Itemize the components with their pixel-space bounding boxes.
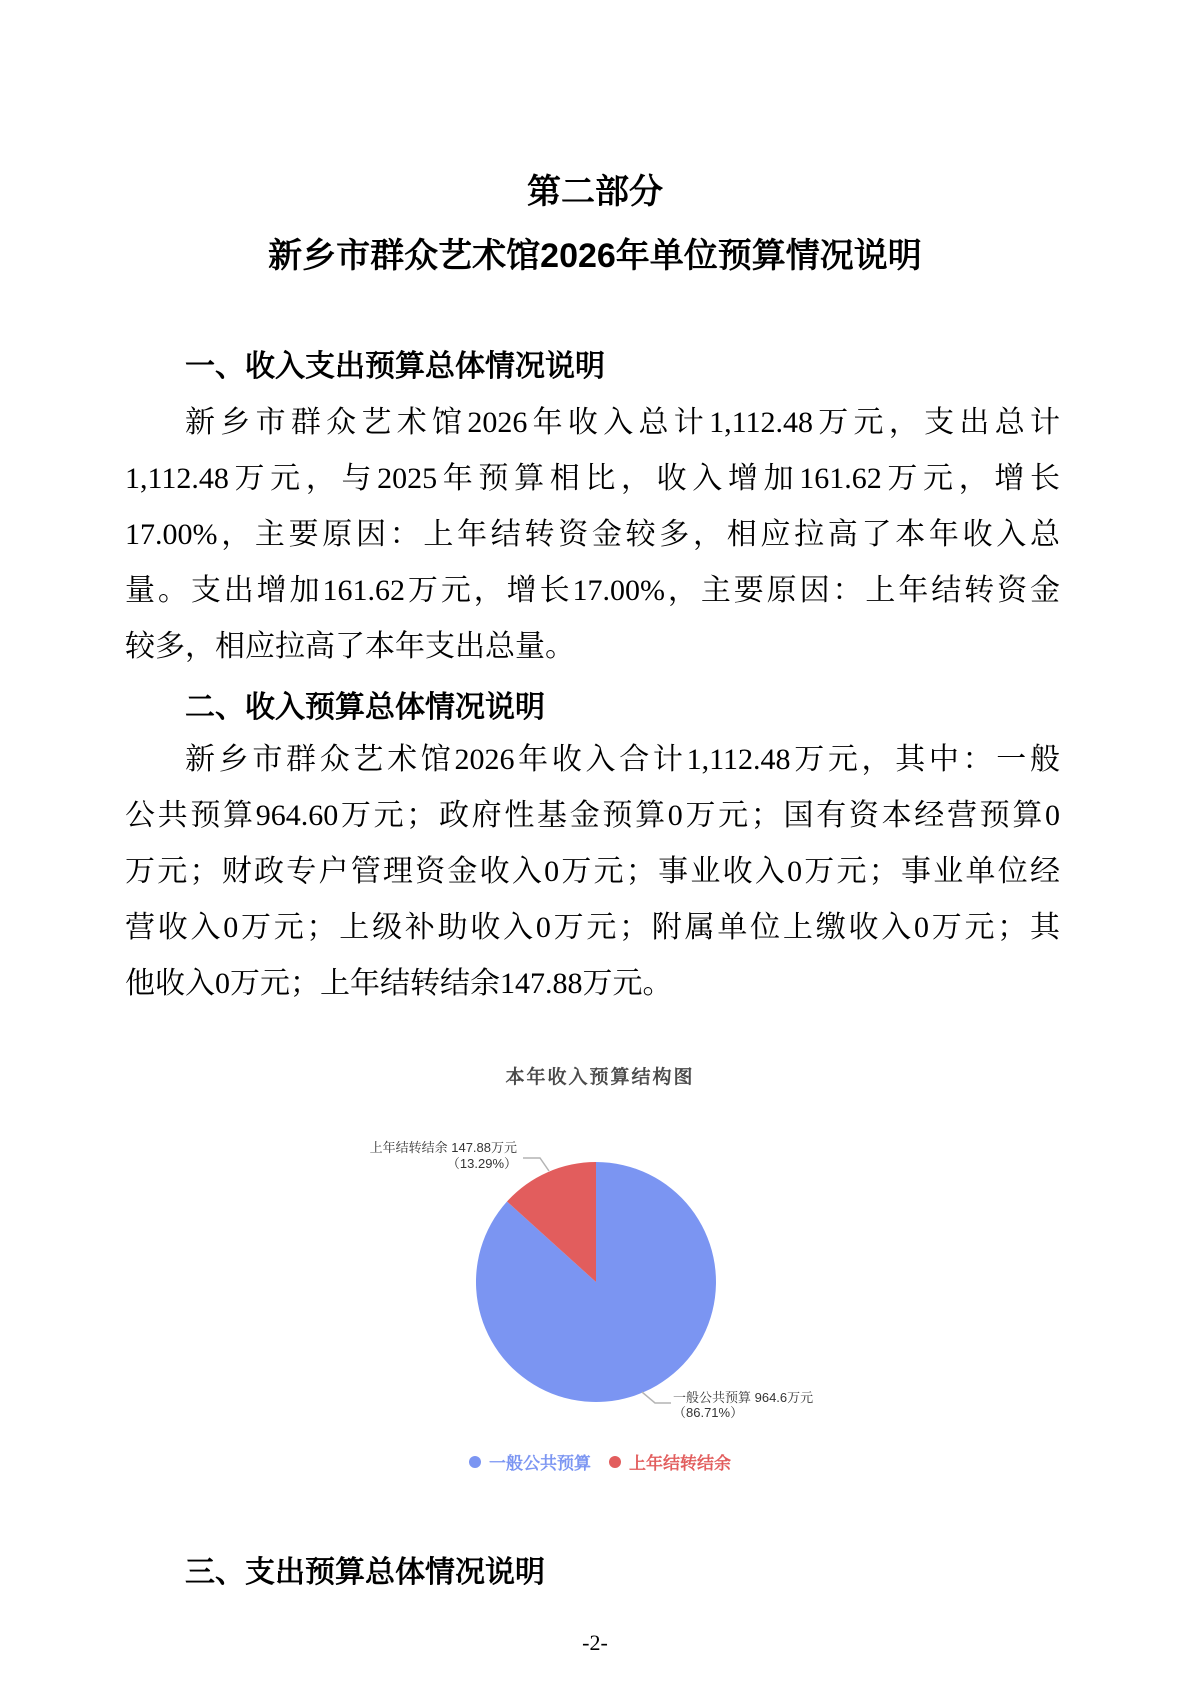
legend-label-carryover: 上年结转结余 xyxy=(629,1449,731,1474)
paragraph-line: 公共预算964.60万元；政府性基金预算0万元；国有资本经营预算0 xyxy=(125,788,1060,844)
label-leader-line-top xyxy=(523,1158,549,1171)
legend-label-general-budget: 一般公共预算 xyxy=(489,1449,591,1474)
document-subtitle: 新乡市群众艺术馆2026年单位预算情况说明 xyxy=(0,236,1190,276)
paragraph-line: 万元；财政专户管理资金收入0万元；事业收入0万元；事业单位经 xyxy=(125,844,1060,900)
pie-label-carryover-percent: （13.29%） xyxy=(370,1156,517,1172)
paragraph-line: 营收入0万元；上级补助收入0万元；附属单位上缴收入0万元；其 xyxy=(125,900,1060,956)
paragraph-line: 1,112.48万元，与2025年预算相比，收入增加161.62万元，增长 xyxy=(125,451,1060,507)
legend-item-carryover: 上年结转结余 xyxy=(609,1449,731,1474)
pie-label-general-budget: 一般公共预算 964.6万元 （86.71%） xyxy=(673,1390,813,1420)
section-2-heading: 二、收入预算总体情况说明 xyxy=(125,680,1060,736)
pie-label-carryover-value: 上年结转结余 147.88万元 xyxy=(370,1140,517,1156)
pie-label-carryover: 上年结转结余 147.88万元 （13.29%） xyxy=(370,1140,517,1172)
legend-dot-red-icon xyxy=(609,1456,621,1468)
paragraph-line: 17.00%，主要原因：上年结转资金较多，相应拉高了本年收入总 xyxy=(125,507,1060,563)
label-leader-line-bottom xyxy=(642,1392,671,1403)
chart-legend: 一般公共预算 上年结转结余 xyxy=(300,1449,900,1474)
paragraph-line: 较多，相应拉高了本年支出总量。 xyxy=(125,619,1060,675)
legend-item-general-budget: 一般公共预算 xyxy=(469,1449,591,1474)
pie-label-general-budget-value: 一般公共预算 964.6万元 xyxy=(673,1390,813,1405)
paragraph-line: 新乡市群众艺术馆2026年收入总计1,112.48万元，支出总计 xyxy=(125,395,1060,451)
section-3-heading: 三、支出预算总体情况说明 xyxy=(125,1545,1060,1601)
pie-label-general-budget-percent: （86.71%） xyxy=(673,1405,813,1420)
part-title: 第二部分 xyxy=(0,172,1190,212)
paragraph-line: 他收入0万元；上年结转结余147.88万元。 xyxy=(125,956,1060,1012)
paragraph-line: 新乡市群众艺术馆2026年收入合计1,112.48万元，其中：一般 xyxy=(125,732,1060,788)
document-page: 第二部分 新乡市群众艺术馆2026年单位预算情况说明 一、收入支出预算总体情况说… xyxy=(0,0,1190,1684)
legend-dot-blue-icon xyxy=(469,1456,481,1468)
section-1-heading: 一、收入支出预算总体情况说明 xyxy=(125,339,1060,395)
income-structure-pie-chart: 本年收入预算结构图 上年结转结余 147.88万元 （13.29%） 一般公共预… xyxy=(300,1050,900,1480)
page-number: -2- xyxy=(0,1630,1190,1656)
paragraph-line: 量。支出增加161.62万元，增长17.00%，主要原因：上年结转资金 xyxy=(125,563,1060,619)
